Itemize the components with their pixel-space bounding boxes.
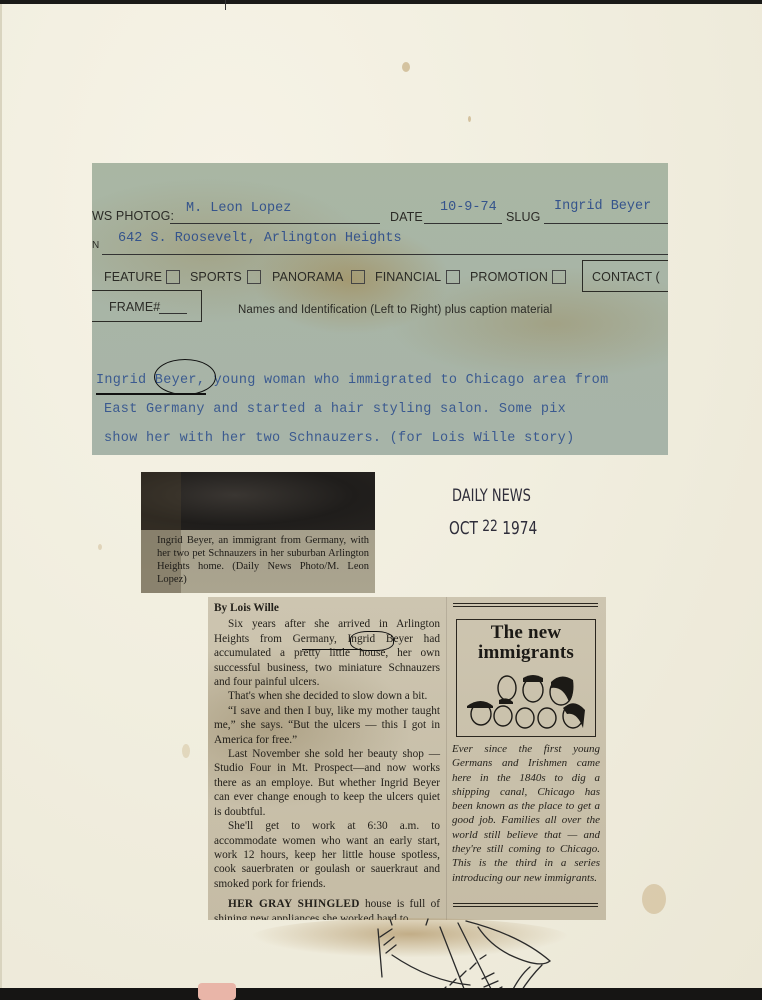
finger-tip [198,983,236,1000]
stain [642,884,666,914]
article-paragraph: “I save and then I buy, like my mother t… [214,704,440,747]
frame-line [159,313,187,314]
caption-line-3: show her with her two Schnauzers. (for L… [104,431,574,446]
slug-line [544,223,668,224]
date-line [424,223,502,224]
faces-illustration-icon [463,668,591,734]
date-label: DATE [390,210,423,224]
stamp-publication: DAILY NEWS [452,486,531,506]
address-value: 642 S. Roosevelt, Arlington Heights [118,231,402,246]
double-rule [453,903,598,907]
slug-label: SLUG [506,210,540,224]
photog-value: M. Leon Lopez [186,201,291,216]
edge-mark [225,0,226,10]
contact-label: CONTACT ( [592,270,660,284]
checkbox-sports[interactable] [247,270,261,284]
article-paragraph: That's when she decided to slow down a b… [214,689,440,703]
photo-caption-form: WS PHOTOG: M. Leon Lopez DATE 10-9-74 SL… [92,163,668,455]
circle-mark [350,631,394,651]
double-rule [453,603,598,607]
photo-clipping: Ingrid Beyer, an immigrant from Germany,… [141,472,375,593]
stamp-day: 22 [482,516,498,535]
stamp-year: 1974 [502,518,537,539]
names-heading: Names and Identification (Left to Right)… [238,304,552,316]
stamp-date: OCT 22 1974 [449,518,537,539]
article-paragraph: Last November she sold her beauty shop —… [214,747,440,819]
frame-box: FRAME# [92,290,202,322]
checkbox-label-panorama: PANORAMA [272,270,343,284]
address-line [102,254,668,255]
lead-in: HER GRAY SHINGLED [228,898,360,910]
checkbox-label-promotion: PROMOTION [470,270,548,284]
checkbox-promotion[interactable] [552,270,566,284]
series-headline-1: The new [457,624,595,642]
article-paragraph: Six years after she arrived in Arlington… [214,617,440,689]
photo-caption: Ingrid Beyer, an immigrant from Germany,… [157,534,369,586]
stain [182,744,190,758]
checkbox-financial[interactable] [446,270,460,284]
underline-mark [96,393,206,395]
underline-mark [302,649,362,650]
stain [402,62,410,72]
checkbox-label-sports: SPORTS [190,270,242,284]
stain [468,116,471,122]
checkbox-label-financial: FINANCIAL [375,270,441,284]
series-headline-2: immigrants [457,644,595,662]
series-headline-box: The new immigrants [456,619,596,737]
contact-box: CONTACT ( [582,260,668,292]
date-value: 10-9-74 [440,200,497,215]
article-paragraph: She'll get to work at 6:30 a.m. to accom… [214,819,440,891]
photog-label: WS PHOTOG: [92,209,174,223]
byline: By Lois Wille [214,601,440,615]
series-intro: Ever since the first young Germans and I… [452,742,600,885]
frame-label: FRAME# [109,300,160,314]
stain [98,544,102,550]
slug-value: Ingrid Beyer [554,199,651,214]
address-prefix: N [92,240,99,251]
scan-border [0,988,762,1000]
checkbox-feature[interactable] [166,270,180,284]
circle-mark [154,359,216,395]
caption-line-2: East Germany and started a hair styling … [104,402,566,417]
checkbox-panorama[interactable] [351,270,365,284]
stamp-month: OCT [449,518,478,539]
article-clipping: By Lois Wille Six years after she arrive… [208,597,606,920]
checkbox-label-feature: FEATURE [104,270,162,284]
photog-line [170,223,380,224]
series-sidebar: The new immigrants [446,597,606,920]
